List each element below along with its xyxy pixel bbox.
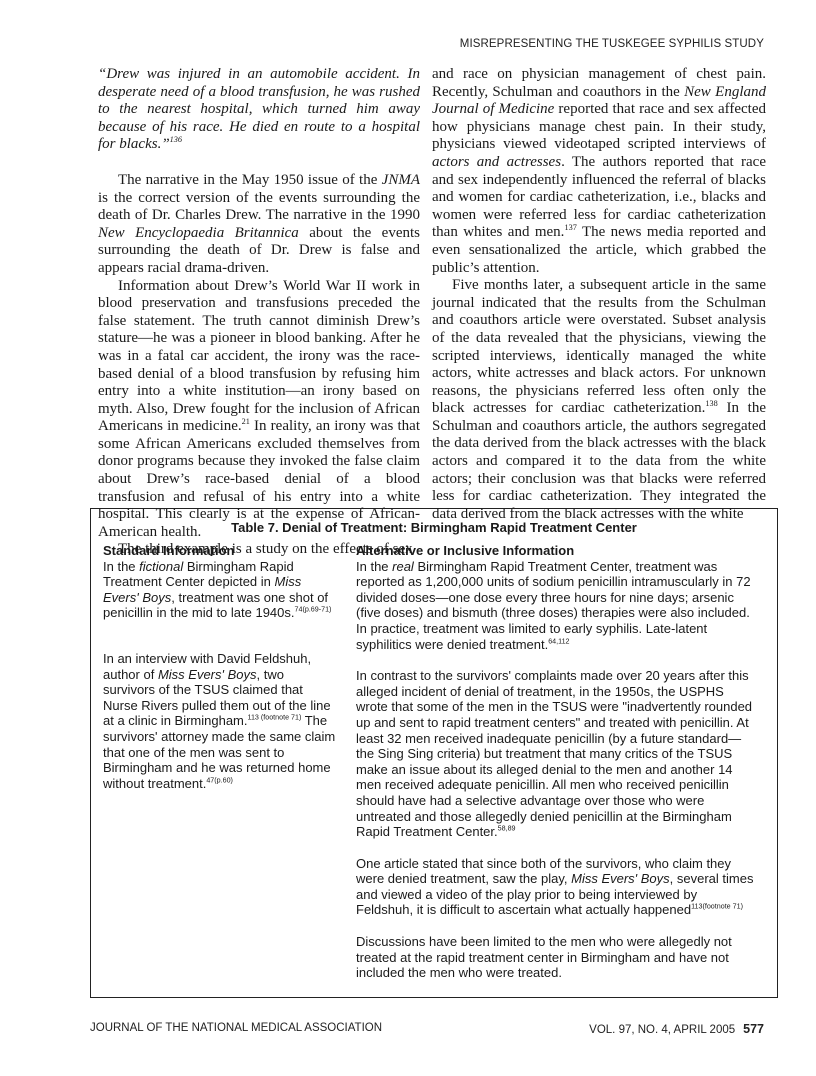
emphasis: actors and actresses	[432, 154, 561, 170]
paragraph: Five months later, a subsequent article …	[432, 277, 766, 523]
table-cell: In the fictional Birmingham Rapid Treatm…	[103, 559, 338, 621]
table-cell: One article stated that since both of th…	[356, 856, 756, 918]
footer-issue: VOL. 97, NO. 4, APRIL 2005577	[589, 1022, 764, 1036]
footer-journal: JOURNAL OF THE NATIONAL MEDICAL ASSOCIAT…	[90, 1022, 382, 1034]
table-cell: In contrast to the survivors' complaints…	[356, 668, 756, 840]
citation: 113 (footnote 71)	[248, 714, 302, 722]
text: In contrast to the survivors' complaints…	[356, 668, 752, 839]
left-column: “Drew was injured in an automobile accid…	[98, 66, 420, 559]
play-title: Miss Evers' Boys	[571, 871, 670, 886]
journal-name: JNMA	[382, 172, 420, 188]
page-number: 577	[743, 1022, 764, 1036]
right-column: and race on physician management of ches…	[432, 66, 766, 523]
citation: 113(footnote 71)	[691, 903, 743, 911]
text: In the Schulman and coauthors article, t…	[432, 400, 766, 522]
encyclopedia-name: New Encyclopaedia Britannica	[98, 225, 299, 241]
column-header: Standard Information	[103, 543, 338, 559]
table-7: Table 7. Denial of Treatment: Birmingham…	[90, 508, 778, 998]
emphasis: fictional	[139, 559, 183, 574]
citation: 64,112	[548, 637, 569, 645]
paragraph: The narrative in the May 1950 issue of t…	[98, 172, 420, 278]
quote-text: “Drew was injured in an automobile accid…	[98, 66, 420, 152]
alternative-information-column: Alternative or Inclusive Information In …	[356, 543, 756, 1007]
table-cell: In an interview with David Feldshuh, aut…	[103, 651, 338, 791]
text: Five months later, a subsequent article …	[432, 277, 766, 416]
issue-info: VOL. 97, NO. 4, APRIL 2005	[589, 1024, 735, 1036]
text: The narrative in the May 1950 issue of t…	[118, 172, 382, 188]
text: In the	[356, 559, 392, 574]
citation: 47(p.60)	[206, 776, 233, 784]
paragraph: Information about Drew’s World War II wo…	[98, 278, 420, 542]
table-title: Table 7. Denial of Treatment: Birmingham…	[91, 520, 777, 536]
citation: 137	[564, 223, 576, 232]
play-title: Miss Evers' Boys	[158, 667, 257, 682]
citation: 74(p.69-71)	[295, 606, 332, 614]
text: Information about Drew’s World War II wo…	[98, 278, 420, 435]
emphasis: real	[392, 559, 414, 574]
citation: 138	[705, 399, 717, 408]
table-cell: In the real Birmingham Rapid Treatment C…	[356, 559, 756, 653]
paragraph: and race on physician management of ches…	[432, 66, 766, 277]
table-cell: Discussions have been limited to the men…	[356, 934, 756, 981]
text: In the	[103, 559, 139, 574]
citation: 58,89	[498, 825, 516, 833]
column-header: Alternative or Inclusive Information	[356, 543, 756, 559]
citation: 136	[170, 135, 182, 144]
drew-quote: “Drew was injured in an automobile accid…	[98, 66, 420, 154]
running-head: MISREPRESENTING THE TUSKEGEE SYPHILIS ST…	[460, 38, 764, 50]
citation: 21	[242, 417, 250, 426]
text: is the correct version of the events sur…	[98, 190, 420, 224]
standard-information-column: Standard Information In the fictional Bi…	[103, 543, 338, 817]
